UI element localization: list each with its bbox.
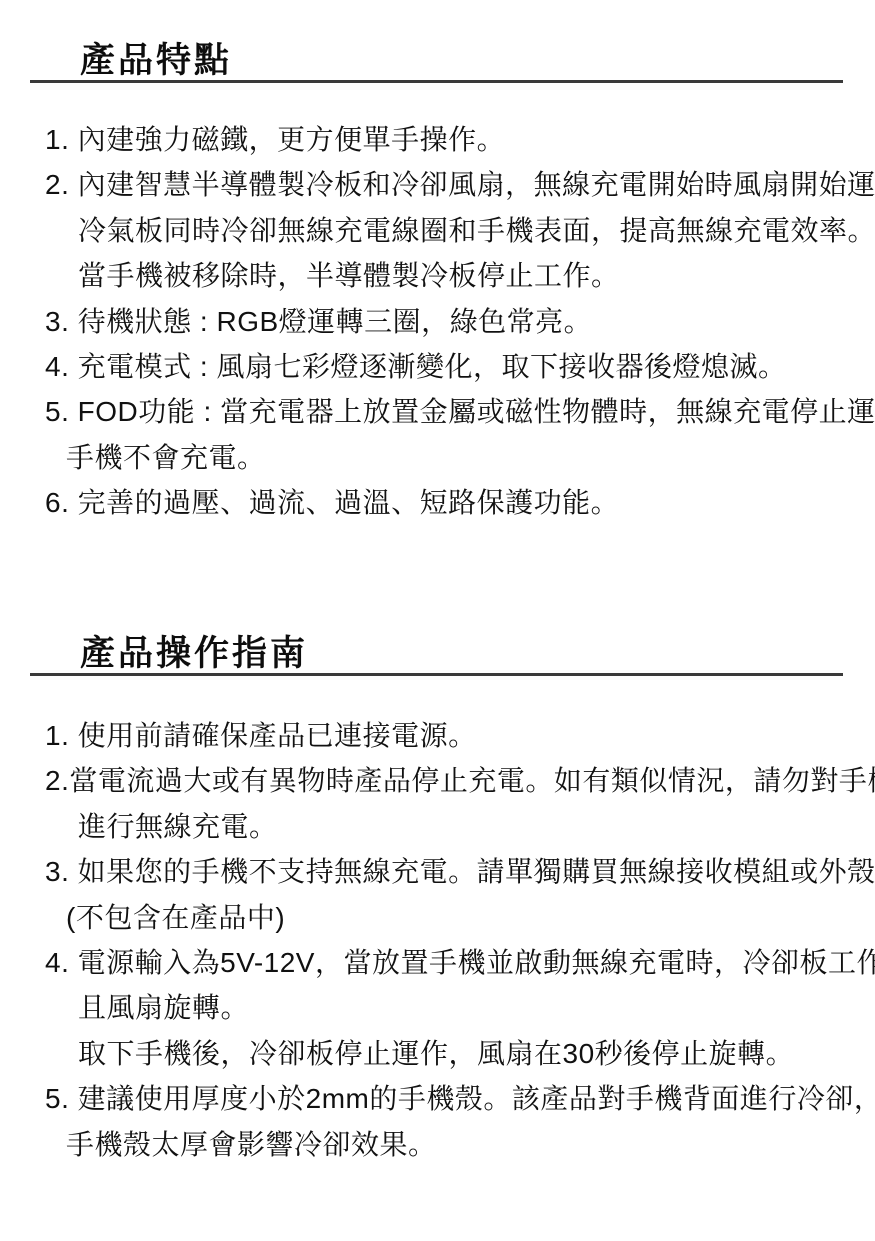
section-title-features: 產品特點 [80, 33, 232, 83]
feature-item-2-cont: 當手機被移除時，半導體製冷板停止工作。 [45, 253, 855, 298]
guide-item-3: 3. 如果您的手機不支持無線充電。請單獨購買無線接收模組或外殼 [45, 849, 855, 894]
guide-item-5-cont: 手機殼太厚會影響冷卻效果。 [45, 1122, 855, 1167]
guide-item-4-cont: 取下手機後，冷卻板停止運作，風扇在30秒後停止旋轉。 [45, 1031, 855, 1076]
section-divider-line [30, 80, 843, 83]
guide-item-1: 1. 使用前請確保產品已連接電源。 [45, 713, 855, 758]
section-divider-line [30, 673, 843, 676]
feature-item-2-cont: 冷氣板同時冷卻無線充電線圈和手機表面，提高無線充電效率。 [45, 208, 855, 253]
feature-item-1: 1. 內建強力磁鐵，更方便單手操作。 [45, 117, 855, 162]
feature-item-2: 2. 內建智慧半導體製冷板和冷卻風扇，無線充電開始時風扇開始運作， [45, 162, 855, 207]
feature-item-5: 5. FOD功能 : 當充電器上放置金屬或磁性物體時，無線充電停止運作， [45, 389, 855, 434]
guide-item-4-cont: 且風扇旋轉。 [45, 985, 855, 1030]
guide-item-2: 2.當電流過大或有異物時產品停止充電。如有類似情況，請勿對手機 [45, 758, 855, 803]
feature-item-6: 6. 完善的過壓、過流、過溫、短路保護功能。 [45, 480, 855, 525]
guide-item-5: 5. 建議使用厚度小於2mm的手機殼。該產品對手機背面進行冷卻， [45, 1076, 855, 1121]
feature-item-4: 4. 充電模式 : 風扇七彩燈逐漸變化，取下接收器後燈熄滅。 [45, 344, 855, 389]
features-list: 1. 內建強力磁鐵，更方便單手操作。 2. 內建智慧半導體製冷板和冷卻風扇，無線… [45, 117, 855, 526]
operation-guide-list: 1. 使用前請確保產品已連接電源。 2.當電流過大或有異物時產品停止充電。如有類… [45, 713, 855, 1167]
guide-item-4: 4. 電源輸入為5V-12V，當放置手機並啟動無線充電時，冷卻板工作並 [45, 940, 855, 985]
product-manual-page: 產品特點 1. 內建強力磁鐵，更方便單手操作。 2. 內建智慧半導體製冷板和冷卻… [0, 0, 875, 1241]
feature-item-5-cont: 手機不會充電。 [45, 435, 855, 480]
section-title-operation-guide: 產品操作指南 [80, 626, 308, 676]
feature-item-3: 3. 待機狀態 : RGB燈運轉三圈，綠色常亮。 [45, 299, 855, 344]
guide-item-3-cont: (不包含在產品中) [45, 895, 855, 940]
guide-item-2-cont: 進行無線充電。 [45, 804, 855, 849]
